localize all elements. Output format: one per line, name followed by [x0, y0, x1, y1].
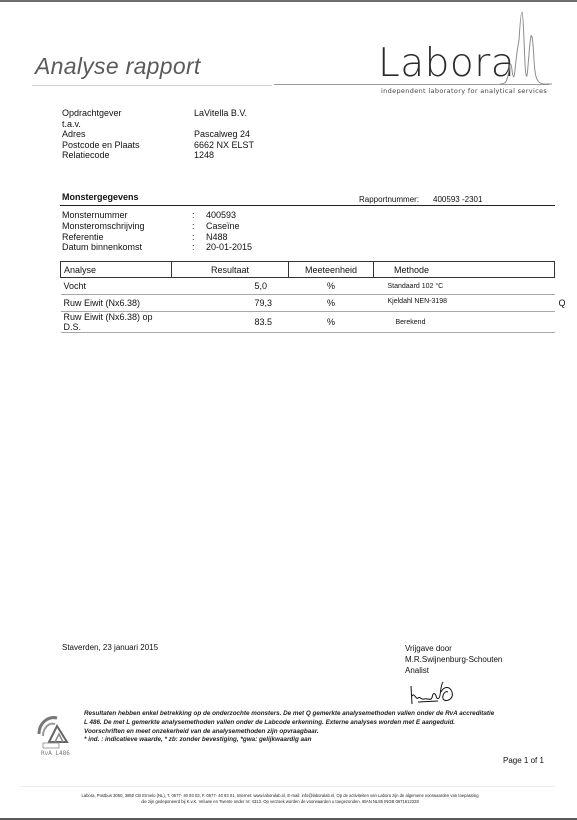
sample-divider	[60, 205, 555, 206]
disclaimer-line: Voorschriften en meet onzekerheid van de…	[84, 728, 554, 737]
signature-icon	[408, 678, 458, 708]
disclaimer-line: * ind. : indicatieve waarde, * zb: zonde…	[84, 736, 554, 745]
client-value: 6662 NX ELST	[194, 140, 394, 151]
result-cell: 83.5	[172, 312, 289, 333]
accreditation-flag: Q	[558, 298, 565, 308]
sample-colon: :	[192, 221, 206, 232]
results-table: Analyse Resultaat Meeteenheid Methode Vo…	[60, 261, 555, 333]
client-details: OpdrachtgeverLaVitella B.V. t.a.v. Adres…	[62, 108, 394, 161]
result-cell: 79,3	[172, 295, 289, 312]
client-row: AdresPascalweg 24	[62, 129, 394, 140]
rva-accreditation-logo-icon: RvA L486	[35, 712, 75, 756]
page-top-border	[0, 0, 577, 2]
client-label: Relatiecode	[62, 150, 194, 161]
analyst-role: Analist	[405, 665, 502, 676]
unit-cell: %	[289, 295, 374, 312]
report-number-label: Rapportnummer:	[359, 195, 419, 204]
client-row: t.a.v.	[62, 119, 394, 130]
sample-value: Caseïne	[206, 221, 326, 232]
unit-cell: %	[289, 312, 374, 333]
client-row: OpdrachtgeverLaVitella B.V.	[62, 108, 394, 119]
header-result: Resultaat	[172, 262, 289, 278]
title-divider	[32, 85, 272, 86]
disclaimer: Resultaten hebben enkel betrekking op de…	[84, 710, 554, 745]
client-label: Postcode en Plaats	[62, 140, 194, 151]
table-row: Ruw Eiwit (Nx6.38) op D.S. 83.5 % Bereke…	[61, 312, 555, 333]
sample-details: Monsternummer:400593 Monsteromschrijving…	[62, 210, 326, 253]
sample-label: Monsternummer	[62, 210, 192, 221]
sample-colon: :	[192, 232, 206, 243]
company-footer: Labora, Postbus 3050, 3850 CB Ermelo (NL…	[60, 793, 500, 804]
sample-label: Monsteromschrijving	[62, 221, 192, 232]
disclaimer-line: Resultaten hebben enkel betrekking op de…	[84, 710, 554, 719]
client-value: Pascalweg 24	[194, 129, 394, 140]
method-text: Standaard 102 °C	[388, 283, 444, 290]
method-cell: Kjeldahl NEN-3198Q	[374, 295, 555, 312]
page-number: Page 1 of 1	[503, 756, 544, 765]
sample-label: Datum binnenkomst	[62, 242, 192, 253]
sample-colon: :	[192, 242, 206, 253]
client-label: Opdrachtgever	[62, 108, 194, 119]
sample-value: N488	[206, 232, 326, 243]
header-unit: Meeteenheid	[289, 262, 374, 278]
sample-value: 20-01-2015	[206, 242, 326, 253]
report-number-value: 400593 -2301	[433, 195, 482, 204]
report-title: Analyse rapport	[35, 53, 201, 80]
release-label: Vrijgave door	[405, 643, 502, 654]
footer-line: die zijn gedeponeerd bij K.v.K. Veluwe e…	[60, 799, 500, 805]
footer-line: Labora, Postbus 3050, 3850 CB Ermelo (NL…	[60, 793, 500, 799]
sample-label: Referentie	[62, 232, 192, 243]
sample-row: Datum binnenkomst:20-01-2015	[62, 242, 326, 253]
client-value	[194, 119, 394, 130]
client-label: t.a.v.	[62, 119, 194, 130]
method-cell: Berekend	[374, 312, 555, 333]
analyse-cell: Ruw Eiwit (Nx6.38)	[61, 295, 172, 312]
analyst-name: M.R.Swijnenburg-Schouten	[405, 654, 502, 665]
method-text: Kjeldahl NEN-3198	[388, 298, 448, 305]
analyse-cell: Ruw Eiwit (Nx6.38) op D.S.	[61, 312, 172, 333]
result-value: 79,3	[255, 298, 285, 308]
sample-row: Monsternummer:400593	[62, 210, 326, 221]
result-cell: 5,0	[172, 278, 289, 295]
client-value: LaVitella B.V.	[194, 108, 394, 119]
method-cell: Standaard 102 °C	[374, 278, 555, 295]
chromatogram-peaks-icon	[500, 10, 552, 86]
header-method: Methode	[374, 262, 555, 278]
sample-row: Monsteromschrijving:Caseïne	[62, 221, 326, 232]
table-row: Ruw Eiwit (Nx6.38) 79,3 % Kjeldahl NEN-3…	[61, 295, 555, 312]
release-block: Vrijgave door M.R.Swijnenburg-Schouten A…	[405, 643, 502, 676]
sample-value: 400593	[206, 210, 326, 221]
disclaimer-line: L 486. De met L gemerkte analysemethoden…	[84, 719, 554, 728]
client-value: 1248	[194, 150, 394, 161]
analyse-cell: Vocht	[61, 278, 172, 295]
place-date: Staverden, 23 januari 2015	[62, 643, 158, 652]
logo-tagline: independent laboratory for analytical se…	[381, 87, 547, 95]
labora-logo: Labora	[378, 44, 515, 83]
sample-colon: :	[192, 210, 206, 221]
header-analyse: Analyse	[61, 262, 172, 278]
sample-section-heading: Monstergegevens	[62, 192, 139, 202]
results-header-row: Analyse Resultaat Meeteenheid Methode	[61, 262, 555, 278]
unit-cell: %	[289, 278, 374, 295]
client-row: Postcode en Plaats6662 NX ELST	[62, 140, 394, 151]
report-number: Rapportnummer:400593 -2301	[359, 195, 482, 204]
svg-text:RvA L486: RvA L486	[41, 750, 70, 756]
result-value: 83.5	[255, 317, 285, 327]
result-value: 5,0	[255, 281, 285, 291]
sample-row: Referentie:N488	[62, 232, 326, 243]
client-row: Relatiecode1248	[62, 150, 394, 161]
method-text: Berekend	[388, 319, 426, 326]
footer-divider	[20, 786, 555, 787]
client-label: Adres	[62, 129, 194, 140]
table-row: Vocht 5,0 % Standaard 102 °C	[61, 278, 555, 295]
